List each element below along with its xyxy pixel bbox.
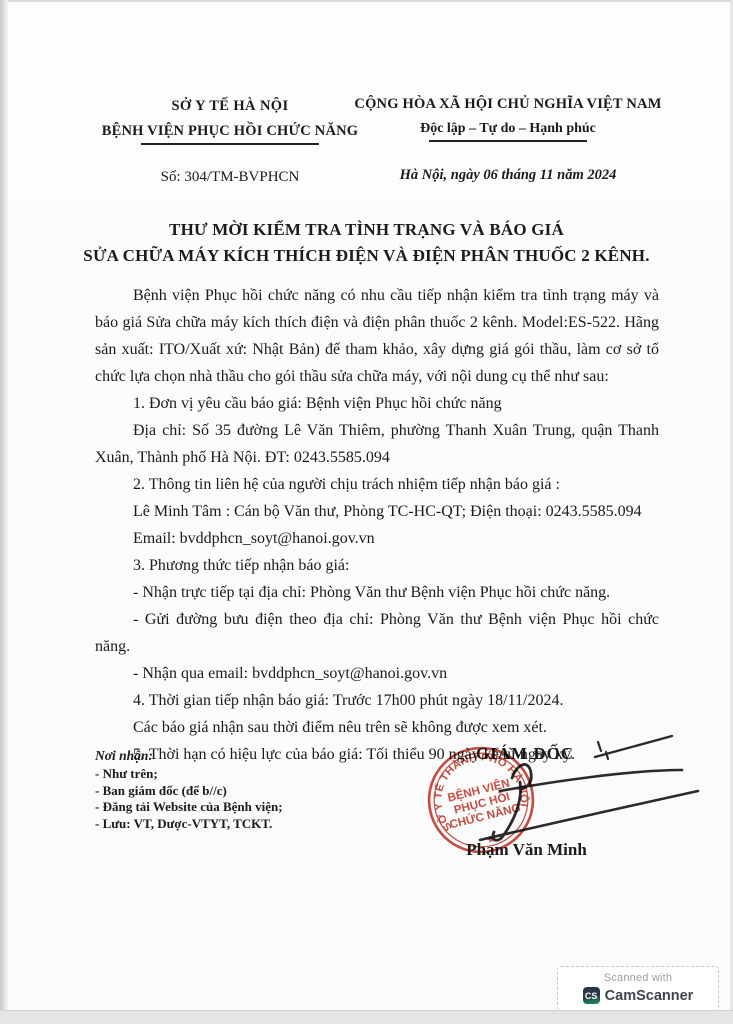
body-paragraph: 1. Đơn vị yêu cầu báo giá: Bệnh viện Phụ… bbox=[95, 390, 659, 417]
camscanner-badge: Scanned with CS CamScanner bbox=[557, 966, 719, 1011]
issuer-department: SỞ Y TẾ HÀ NỘI bbox=[80, 98, 380, 115]
national-motto: Độc lập – Tự do – Hạnh phúc bbox=[352, 121, 664, 137]
recipients-list: - Như trên;- Ban giám đốc (để b//c)- Đăn… bbox=[95, 766, 283, 832]
document-title: THƯ MỜI KIỂM TRA TÌNH TRẠNG VÀ BÁO GIÁ S… bbox=[0, 217, 733, 269]
camscanner-logo-icon: CS bbox=[583, 987, 600, 1004]
signer-name: Phạm Văn Minh bbox=[434, 840, 619, 860]
body-paragraph: Bệnh viện Phục hồi chức năng có nhu cầu … bbox=[95, 282, 659, 390]
document-title-line1: THƯ MỜI KIỂM TRA TÌNH TRẠNG VÀ BÁO GIÁ bbox=[0, 217, 733, 243]
camscanner-row: CS CamScanner bbox=[558, 987, 718, 1004]
letterhead-issuer: SỞ Y TẾ HÀ NỘI BỆNH VIỆN PHỤC HỒI CHỨC N… bbox=[80, 98, 380, 145]
national-title: CỘNG HÒA XÃ HỘI CHỦ NGHĨA VIỆT NAM bbox=[352, 96, 664, 113]
body-paragraph: - Nhận qua email: bvddphcn_soyt@hanoi.go… bbox=[95, 660, 659, 687]
letterhead-national: CỘNG HÒA XÃ HỘI CHỦ NGHĨA VIỆT NAM Độc l… bbox=[352, 96, 664, 142]
recipient-item: - Như trên; bbox=[95, 766, 283, 783]
issuer-underline bbox=[141, 143, 319, 145]
page-edge-top bbox=[0, 0, 733, 2]
page-edge-left bbox=[0, 0, 8, 1024]
recipient-item: - Lưu: VT, Dược-VTYT, TCKT. bbox=[95, 816, 283, 833]
body-paragraph: 2. Thông tin liên hệ của người chịu trác… bbox=[95, 471, 659, 498]
motto-underline bbox=[429, 140, 587, 142]
camscanner-app-name: CamScanner bbox=[605, 988, 694, 1004]
body-paragraph: - Nhận trực tiếp tại địa chỉ: Phòng Văn … bbox=[95, 579, 659, 606]
issuer-hospital-name: BỆNH VIỆN PHỤC HỒI CHỨC NĂNG bbox=[80, 123, 380, 140]
body-paragraph: Email: bvddphcn_soyt@hanoi.gov.vn bbox=[95, 525, 659, 552]
recipient-item: - Đăng tải Website của Bệnh viện; bbox=[95, 799, 283, 816]
place-and-date: Hà Nội, ngày 06 tháng 11 năm 2024 bbox=[352, 167, 664, 184]
document-title-line2: SỬA CHỮA MÁY KÍCH THÍCH ĐIỆN VÀ ĐIỆN PHÂ… bbox=[0, 243, 733, 269]
scanned-document-page: SỞ Y TẾ HÀ NỘI BỆNH VIỆN PHỤC HỒI CHỨC N… bbox=[0, 0, 733, 1024]
document-ref-number: Số: 304/TM-BVPHCN bbox=[80, 169, 380, 186]
body-paragraph: - Gửi đường bưu điện theo địa chỉ: Phòng… bbox=[95, 606, 659, 660]
scanned-with-label: Scanned with bbox=[558, 972, 718, 984]
body-paragraph: Địa chỉ: Số 35 đường Lê Văn Thiêm, phườn… bbox=[95, 417, 659, 471]
recipients-block: Nơi nhận: - Như trên;- Ban giám đốc (để … bbox=[95, 748, 283, 832]
recipients-heading: Nơi nhận: bbox=[95, 748, 283, 764]
page-edge-bottom bbox=[0, 1010, 733, 1024]
body-paragraph: 3. Phương thức tiếp nhận báo giá: bbox=[95, 552, 659, 579]
body-paragraph: Lê Minh Tâm : Cán bộ Văn thư, Phòng TC-H… bbox=[95, 498, 659, 525]
recipient-item: - Ban giám đốc (để b//c) bbox=[95, 783, 283, 800]
